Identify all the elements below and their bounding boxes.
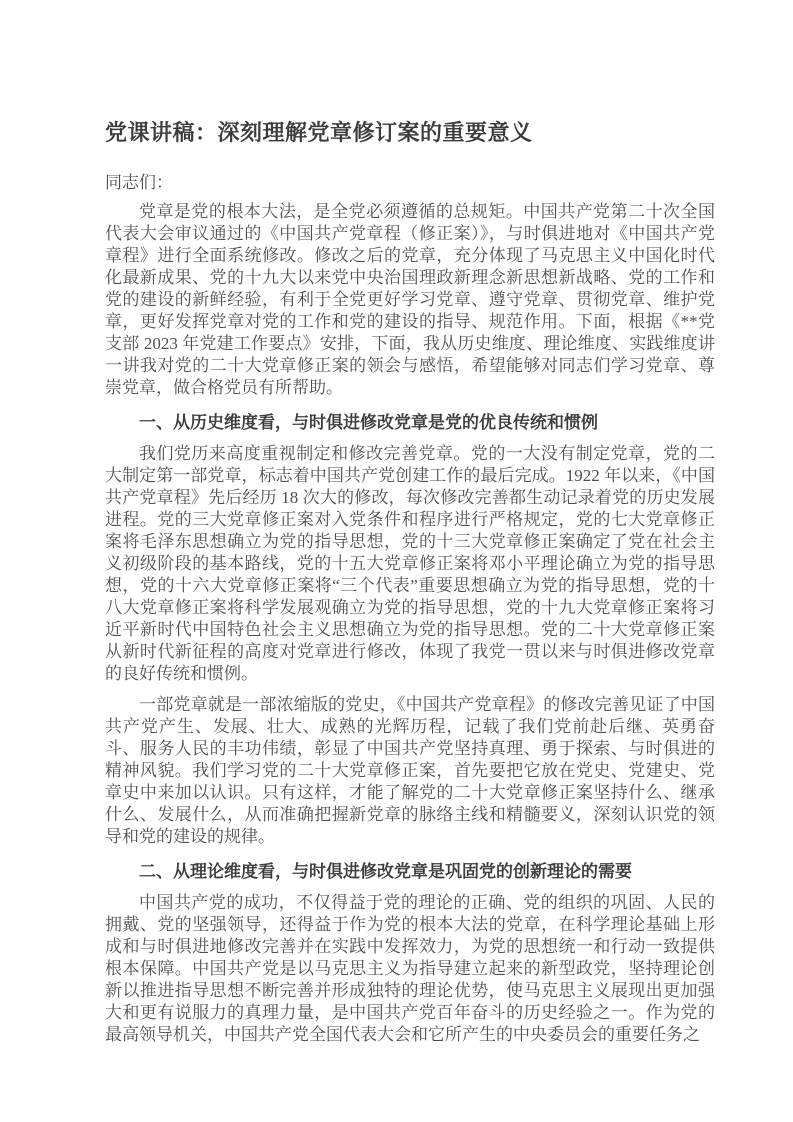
section-heading-1: 一、从历史维度看，与时俱进修改党章是党的优良传统和惯例	[105, 412, 715, 434]
paragraph-history-1: 我们党历来高度重视制定和修改完善党章。党的一大没有制定党章，党的二大制定第一部党…	[105, 443, 715, 685]
document-page: 党课讲稿：深刻理解党章修订案的重要意义 同志们： 党章是党的根本大法，是全党必须…	[0, 0, 793, 1122]
paragraph-history-2: 一部党章就是一部浓缩版的党史，《中国共产党章程》的修改完善见证了中国共产党产生、…	[105, 694, 715, 848]
salutation: 同志们：	[105, 172, 715, 194]
section-heading-2: 二、从理论维度看，与时俱进修改党章是巩固党的创新理论的需要	[105, 861, 715, 883]
paragraph-intro: 党章是党的根本大法，是全党必须遵循的总规矩。中国共产党第二十次全国代表大会审议通…	[105, 201, 715, 399]
document-title: 党课讲稿：深刻理解党章修订案的重要意义	[105, 118, 715, 148]
paragraph-theory: 中国共产党的成功，不仅得益于党的理论的正确、党的组织的巩固、人民的拥戴、党的坚强…	[105, 892, 715, 1046]
